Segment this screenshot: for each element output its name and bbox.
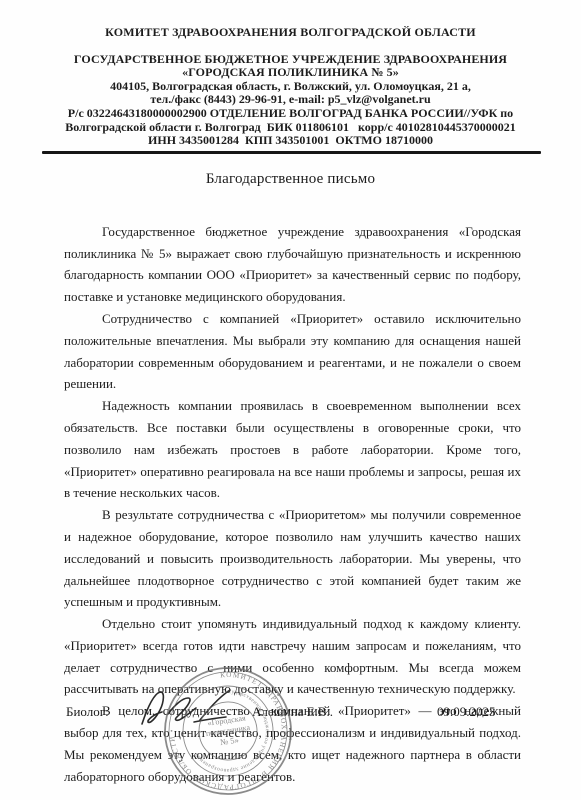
stamp-center-line3: № 5»: [219, 735, 239, 748]
letter-date: 09.09.2025: [437, 704, 496, 720]
paragraph-5: Отдельно стоит упомянуть индивидуальный …: [64, 613, 521, 700]
organization-name-line1: ГОСУДАРСТВЕННОЕ БЮДЖЕТНОЕ УЧРЕЖДЕНИЕ ЗДР…: [0, 53, 581, 67]
address-line: 404105, Волгоградская область, г. Волжск…: [0, 80, 581, 94]
letterhead: КОМИТЕТ ЗДРАВООХРАНЕНИЯ ВОЛГОГРАДСКОЙ ОБ…: [0, 0, 581, 148]
organization-name-line2: «ГОРОДСКАЯ ПОЛИКЛИНИКА № 5»: [0, 66, 581, 80]
paragraph-2: Сотрудничество с компанией «Приоритет» о…: [64, 308, 521, 395]
signer-role-label: Биолог:: [66, 704, 109, 720]
letter-page: КОМИТЕТ ЗДРАВООХРАНЕНИЯ ВОЛГОГРАДСКОЙ ОБ…: [0, 0, 581, 800]
paragraph-3: Надежность компании проявилась в своевре…: [64, 395, 521, 504]
bank-details-line3: ИНН 3435001284 КПП 343501001 ОКТМО 18710…: [0, 134, 581, 148]
header-divider: [42, 151, 541, 154]
document-title: Благодарственное письмо: [0, 171, 581, 188]
committee-line: КОМИТЕТ ЗДРАВООХРАНЕНИЯ ВОЛГОГРАДСКОЙ ОБ…: [0, 26, 581, 40]
paragraph-4: В результате сотрудничества с «Приоритет…: [64, 504, 521, 613]
contacts-line: тел./факс (8443) 29-96-91, e-mail: p5_vl…: [0, 93, 581, 107]
bank-details-line1: Р/с 03224643180000002900 ОТДЕЛЕНИЕ ВОЛГО…: [0, 107, 581, 121]
round-stamp-icon: КОМИТЕТ ЗДРАВООХРАНЕНИЯ ВОЛГОГРАДСКОЙ ОБ…: [151, 654, 305, 800]
bank-details-line2: Волгоградской области г. Волгоград БИК 0…: [0, 121, 581, 135]
paragraph-1: Государственное бюджетное учреждение здр…: [64, 221, 521, 308]
